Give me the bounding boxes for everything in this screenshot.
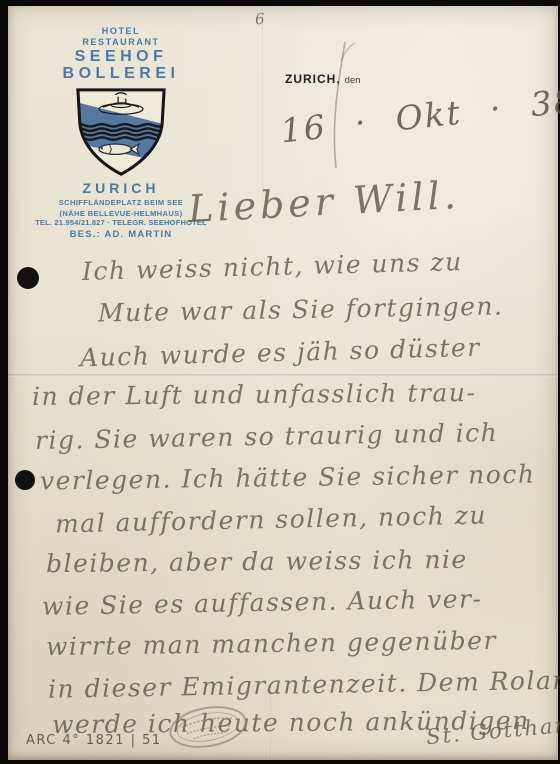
handwritten-date: 16 · Okt · 38 [279, 81, 560, 151]
dateline: ZURICH,den [285, 70, 361, 88]
dateline-den: den [345, 75, 361, 86]
punch-hole-icon [17, 267, 39, 289]
library-stamp-icon [163, 697, 254, 757]
page-number: 6 [254, 10, 265, 29]
letterhead-restaurant: RESTAURANT [16, 37, 226, 48]
handwriting-line: Mute war als Sie fortgingen. [98, 291, 504, 327]
salutation: Lieber Will. [187, 173, 461, 231]
dateline-city: ZURICH, [285, 72, 341, 86]
fold-crease-vertical-top [262, 6, 264, 201]
archive-number: ARC 4° 1821 | 51 [26, 733, 162, 748]
fold-crease-horizontal [8, 374, 558, 377]
handwriting-line: in der Luft und unfasslich trau- [32, 378, 477, 411]
handwriting-line: bleiben, aber da weiss ich nie [46, 545, 468, 578]
handwriting-line: Auch wurde es jäh so düster [80, 333, 481, 372]
hotel-crest-icon [73, 87, 169, 177]
letterhead-name-seehof: SEEHOF [16, 48, 226, 65]
handwriting-line: mal auffordern sollen, noch zu [55, 500, 488, 538]
punch-hole-icon [15, 470, 35, 490]
handwriting-line: wie Sie es auffassen. Auch ver- [42, 584, 483, 621]
letterhead-hotel: HOTEL [16, 26, 226, 37]
letterhead-name-bollerei: BOLLEREI [16, 65, 226, 82]
handwriting-line: wirrte man manchen gegenüber [46, 626, 497, 661]
letter-page: 6 HOTEL RESTAURANT SEEHOF BOLLEREI [8, 6, 558, 760]
handwriting-line: rig. Sie waren so traurig und ich [35, 418, 499, 455]
handwriting-line: Ich weiss nicht, wie uns zu [82, 247, 463, 286]
handwriting-line: verlegen. Ich hätte Sie sicher noch [40, 460, 536, 496]
handwriting-line: in dieser Emigrantenzeit. Dem Roland [48, 665, 560, 703]
